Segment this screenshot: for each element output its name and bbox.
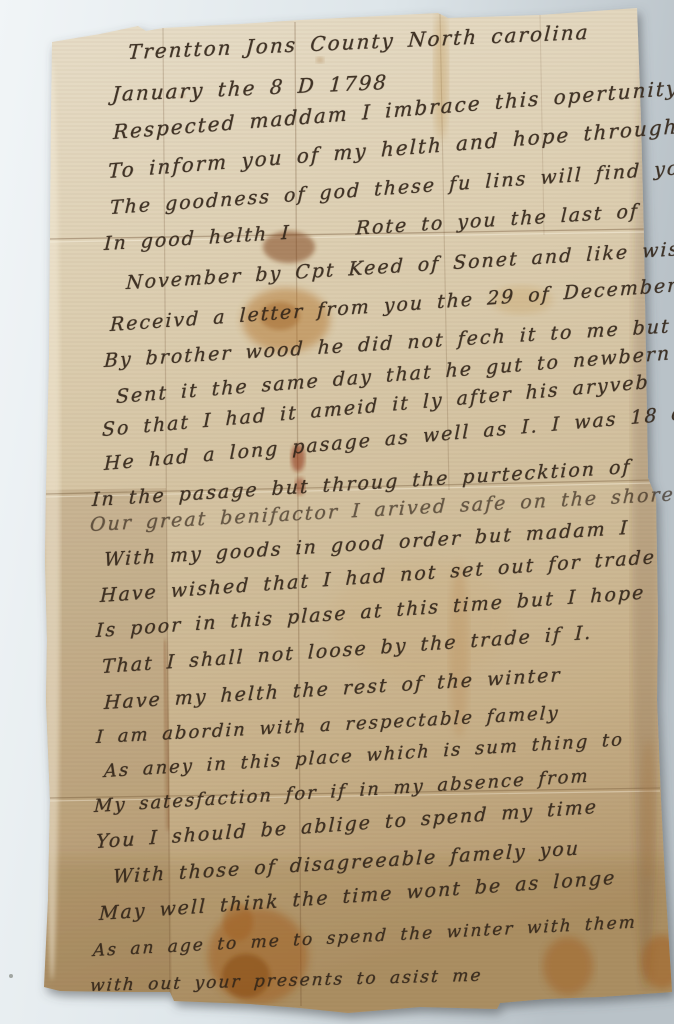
handwriting-layer: Trentton Jons County North carolinaJanua…: [0, 0, 674, 1024]
photo-of-letter: Trentton Jons County North carolinaJanua…: [0, 0, 674, 1024]
letter-line: with out your presents to asist me: [89, 966, 483, 996]
letter-line: Trentton Jons County North carolina: [127, 20, 590, 64]
